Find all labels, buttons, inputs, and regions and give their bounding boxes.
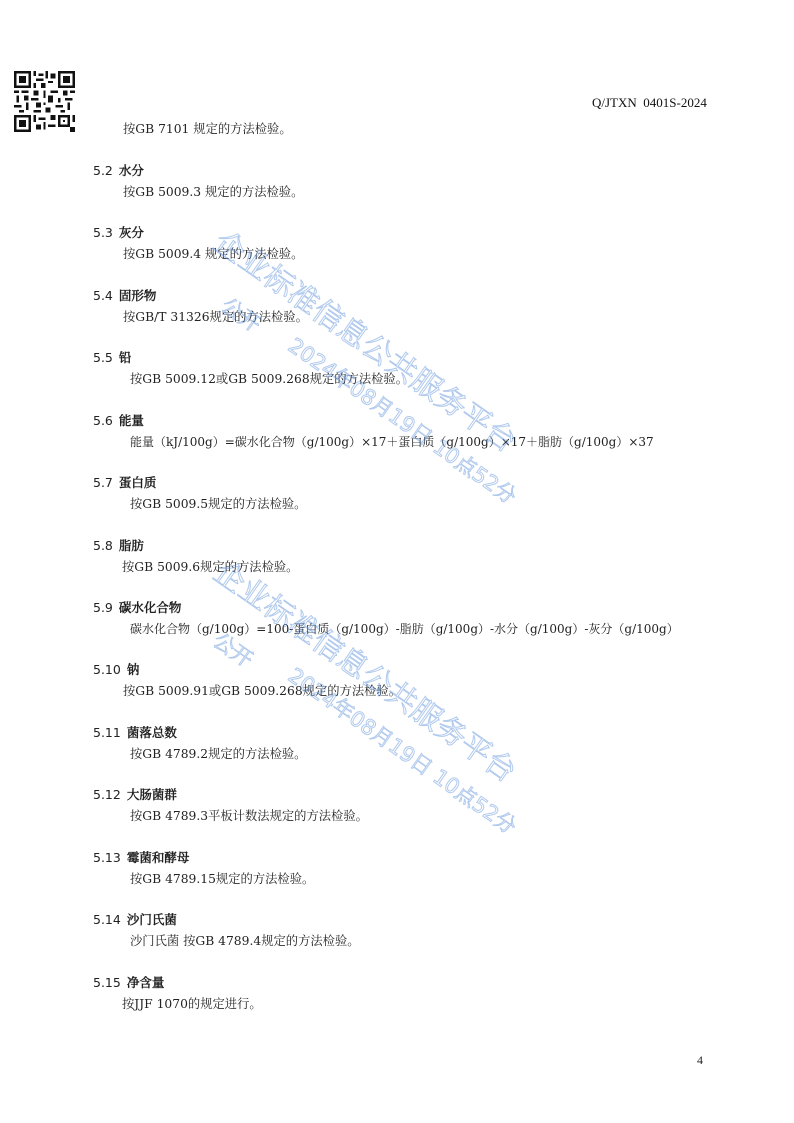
section-heading: 5.7蛋白质 [93,475,156,491]
section-number: 5.2 [93,163,113,178]
section-body: 按GB 4789.15规定的方法检验。 [130,871,314,887]
lead-line: 按GB 7101 规定的方法检验。 [123,121,292,137]
section-title: 铅 [119,350,132,365]
section-body: 按GB 4789.2规定的方法检验。 [130,746,306,762]
section-number: 5.7 [93,475,113,490]
section-title: 沙门氏菌 [127,912,177,927]
section-body: 按GB 5009.12或GB 5009.268规定的方法检验。 [130,371,408,387]
section-body: 按GB 5009.91或GB 5009.268规定的方法检验。 [123,683,401,699]
section-number: 5.12 [93,787,121,802]
section-title: 灰分 [119,225,144,240]
section-body: 碳水化合物（g/100g）=100-蛋白质（g/100g）-脂肪（g/100g）… [130,621,679,637]
section-heading: 5.8脂肪 [93,538,144,554]
section-heading: 5.5铅 [93,350,131,366]
section-heading: 5.15净含量 [93,975,164,991]
section-body: 按GB 5009.4 规定的方法检验。 [123,246,303,262]
standard-code: Q/JTXN 0401S-2024 [592,95,707,111]
section-heading: 5.2水分 [93,163,144,179]
section-body: 按GB 5009.6规定的方法检验。 [122,559,298,575]
section-heading: 5.12大肠菌群 [93,787,177,803]
section-title: 钠 [127,662,140,677]
section-heading: 5.9碳水化合物 [93,600,181,616]
section-body: 按GB 5009.5规定的方法检验。 [130,496,306,512]
section-heading: 5.4固形物 [93,288,156,304]
section-body: 按GB 4789.3平板计数法规定的方法检验。 [130,808,368,824]
section-heading: 5.10钠 [93,662,139,678]
qr-code-icon [13,71,76,132]
section-title: 能量 [119,413,144,428]
section-number: 5.13 [93,850,121,865]
section-number: 5.8 [93,538,113,553]
section-title: 大肠菌群 [127,787,177,802]
section-number: 5.5 [93,350,113,365]
section-title: 净含量 [127,975,165,990]
section-number: 5.9 [93,600,113,615]
section-heading: 5.3灰分 [93,225,144,241]
section-body: 沙门氏菌 按GB 4789.4规定的方法检验。 [130,933,360,949]
section-heading: 5.6能量 [93,413,144,429]
section-body: 能量（kJ/100g）=碳水化合物（g/100g）×17＋蛋白质（g/100g）… [130,434,654,450]
section-heading: 5.14沙门氏菌 [93,912,177,928]
section-title: 霉菌和酵母 [127,850,190,865]
section-body: 按JJF 1070的规定进行。 [122,996,262,1012]
section-number: 5.3 [93,225,113,240]
section-number: 5.4 [93,288,113,303]
section-number: 5.14 [93,912,121,927]
section-title: 水分 [119,163,144,178]
section-number: 5.11 [93,725,121,740]
watermark-timestamp: 2024年08月19日 10点52分 [283,330,523,511]
section-title: 蛋白质 [119,475,157,490]
section-body: 按GB 5009.3 规定的方法检验。 [123,184,303,200]
section-number: 5.15 [93,975,121,990]
section-title: 菌落总数 [127,725,177,740]
section-title: 碳水化合物 [119,600,182,615]
section-title: 固形物 [119,288,157,303]
section-title: 脂肪 [119,538,144,553]
section-heading: 5.13霉菌和酵母 [93,850,189,866]
section-number: 5.6 [93,413,113,428]
section-heading: 5.11菌落总数 [93,725,177,741]
page-number: 4 [697,1053,703,1068]
section-body: 按GB/T 31326规定的方法检验。 [123,309,308,325]
section-number: 5.10 [93,662,121,677]
